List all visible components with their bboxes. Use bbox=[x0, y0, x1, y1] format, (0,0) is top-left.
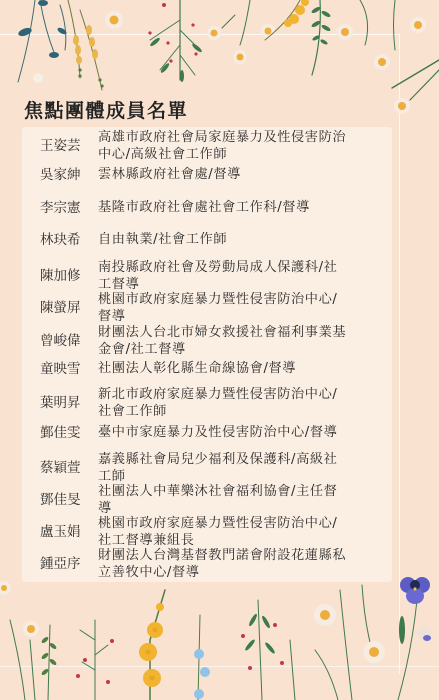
member-role: 自由執業/社會工作師 bbox=[98, 232, 380, 249]
member-row: 盧玉娟 桃園市政府家庭暴力暨性侵害防治中心/ 社工督導兼組長 bbox=[40, 516, 380, 549]
member-name: 蔡穎萱 bbox=[40, 460, 98, 477]
member-role: 社團法人彰化縣生命線協會/督導 bbox=[98, 361, 380, 378]
member-role: 基隆市政府社會處社會工作科/督導 bbox=[98, 200, 380, 217]
member-name: 葉明昇 bbox=[40, 395, 98, 412]
member-row: 陳螢屏 桃園市政府家庭暴力暨性侵害防治中心/ 督導 bbox=[40, 292, 380, 325]
member-row: 鄧佳旻 社團法人中華樂沐社會福利協會/主任督 導 bbox=[40, 484, 380, 517]
member-role: 高雄市政府社會局家庭暴力及性侵害防治 中心/高級社會工作師 bbox=[98, 130, 380, 163]
meadow-flowers-bottom-icon bbox=[0, 581, 385, 700]
member-name: 盧玉娟 bbox=[40, 524, 98, 541]
member-row: 童映雪 社團法人彰化縣生命線協會/督導 bbox=[40, 361, 380, 378]
member-row: 鄞佳雯 臺中市家庭暴力及性侵害防治中心/督導 bbox=[40, 425, 380, 442]
member-role: 雲林縣政府社會處/督導 bbox=[98, 167, 380, 184]
member-row: 林玦希 自由執業/社會工作師 bbox=[40, 232, 380, 249]
member-role: 新北市政府家庭暴力暨性侵害防治中心/ 社會工作師 bbox=[98, 387, 380, 420]
frame-line-bottom bbox=[0, 666, 439, 667]
frame-line-right bbox=[399, 34, 400, 674]
frame-line-top bbox=[0, 34, 400, 35]
member-name: 曾峻偉 bbox=[40, 333, 98, 350]
member-role: 嘉義縣社會局兒少福利及保護科/高級社 工師 bbox=[98, 452, 380, 485]
member-name: 陳加修 bbox=[40, 268, 98, 285]
member-name: 林玦希 bbox=[40, 232, 98, 249]
member-row: 蔡穎萱 嘉義縣社會局兒少福利及保護科/高級社 工師 bbox=[40, 452, 380, 485]
pansy-icon bbox=[398, 577, 431, 700]
member-name: 吳家紳 bbox=[40, 167, 98, 184]
member-row: 葉明昇 新北市政府家庭暴力暨性侵害防治中心/ 社會工作師 bbox=[40, 387, 380, 420]
member-row: 曾峻偉 財團法人台北市婦女救援社會福利事業基 金會/社工督導 bbox=[40, 325, 380, 358]
member-role: 桃園市政府家庭暴力暨性侵害防治中心/ 社工督導兼組長 bbox=[98, 516, 380, 549]
member-row: 王姿芸 高雄市政府社會局家庭暴力及性侵害防治 中心/高級社會工作師 bbox=[40, 130, 380, 163]
page-title: 焦點團體成員名單 bbox=[24, 96, 188, 123]
member-role: 南投縣政府社會及勞動局成人保護科/社 工督導 bbox=[98, 260, 380, 293]
member-name: 陳螢屏 bbox=[40, 300, 98, 317]
member-name: 鄞佳雯 bbox=[40, 425, 98, 442]
member-name: 王姿芸 bbox=[40, 138, 98, 155]
member-row: 陳加修 南投縣政府社會及勞動局成人保護科/社 工督導 bbox=[40, 260, 380, 293]
member-name: 鄧佳旻 bbox=[40, 492, 98, 509]
member-role: 財團法人台灣基督教門諾會附設花蓮縣私 立善牧中心/督導 bbox=[98, 548, 380, 581]
member-role: 財團法人台北市婦女救援社會福利事業基 金會/社工督導 bbox=[98, 325, 380, 358]
member-row: 李宗憲 基隆市政府社會處社會工作科/督導 bbox=[40, 200, 380, 217]
member-name: 李宗憲 bbox=[40, 200, 98, 217]
member-role: 臺中市家庭暴力及性侵害防治中心/督導 bbox=[98, 425, 380, 442]
member-role: 社團法人中華樂沐社會福利協會/主任督 導 bbox=[98, 484, 380, 517]
member-row: 鍾亞序 財團法人台灣基督教門諾會附設花蓮縣私 立善牧中心/督導 bbox=[40, 548, 380, 581]
member-row: 吳家紳 雲林縣政府社會處/督導 bbox=[40, 167, 380, 184]
member-name: 童映雪 bbox=[40, 361, 98, 378]
member-role: 桃園市政府家庭暴力暨性侵害防治中心/ 督導 bbox=[98, 292, 380, 325]
member-name: 鍾亞序 bbox=[40, 556, 98, 573]
